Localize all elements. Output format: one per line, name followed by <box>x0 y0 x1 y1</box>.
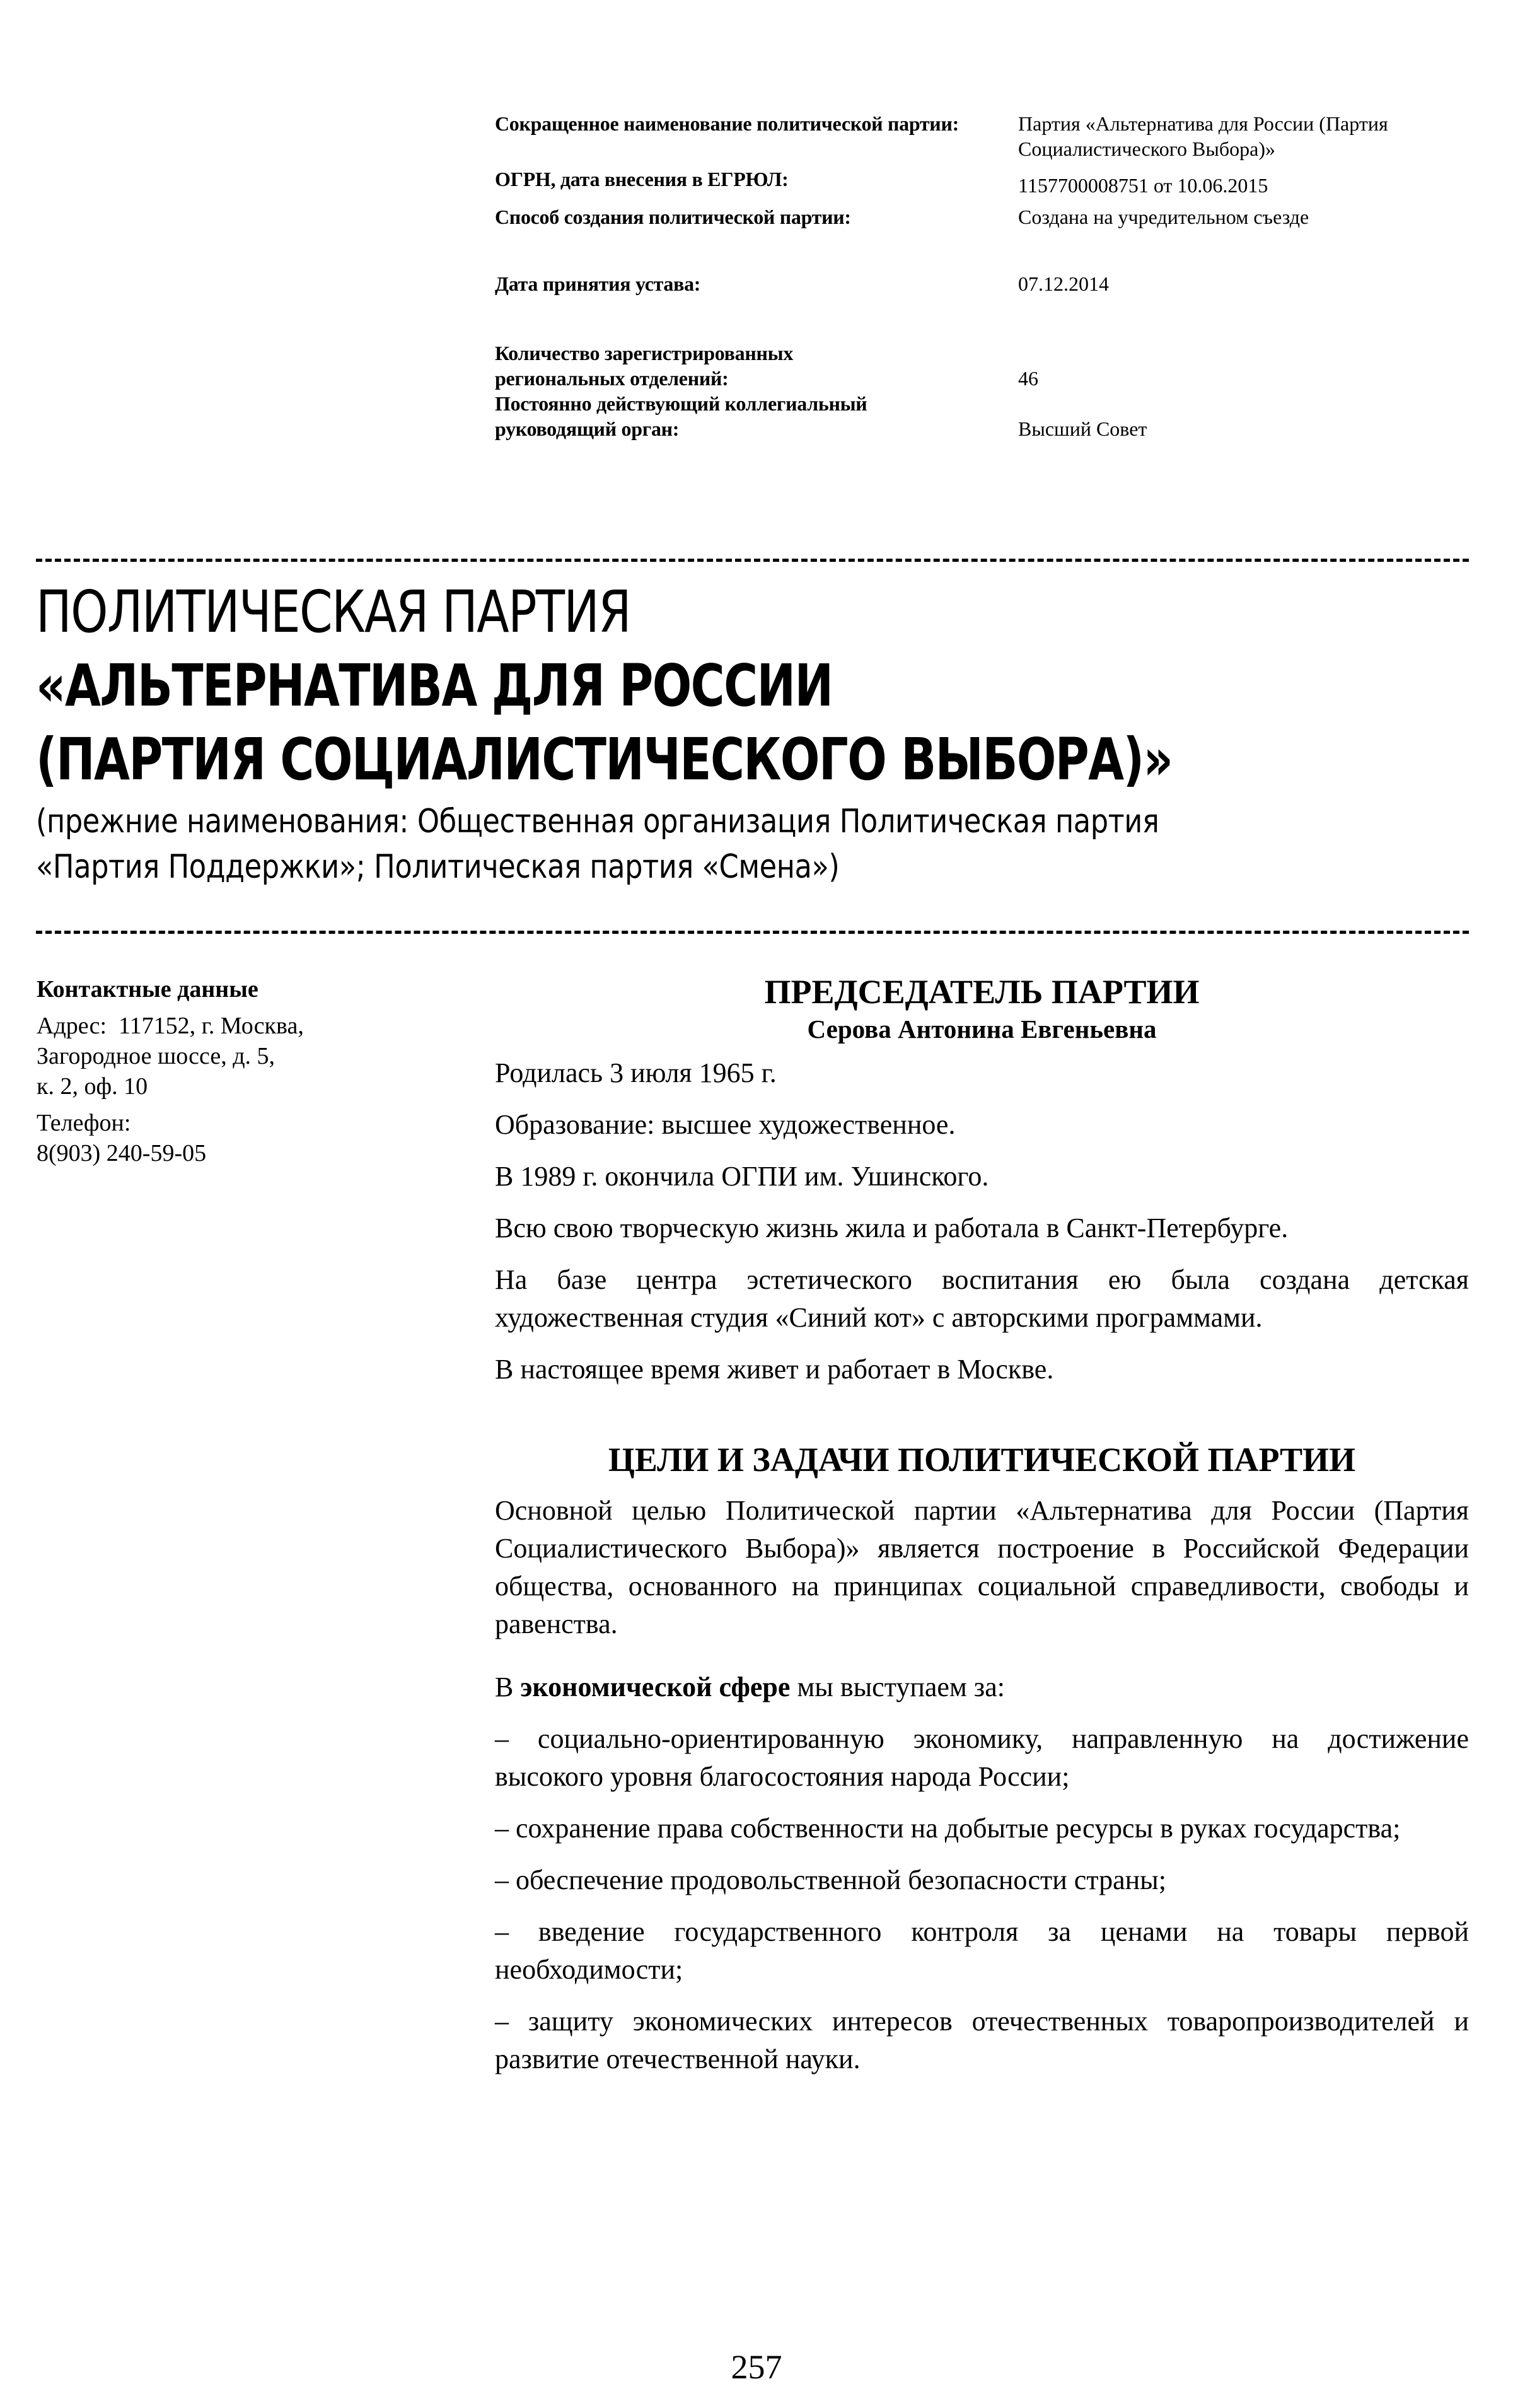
page-number: 257 <box>719 2347 794 2387</box>
phone-label: Телефон: <box>37 1108 440 1138</box>
goal-item: – защиту экономических интересов отечест… <box>495 2003 1469 2078</box>
info-row-short-name: Сокращенное наименование политической па… <box>495 111 1478 166</box>
info-row-charter-date: Дата принятия устава: 07.12.2014 <box>495 271 1478 318</box>
info-row-ogrn: ОГРН, дата внесения в ЕГРЮЛ: 11577000087… <box>495 166 1478 204</box>
title-line-1: ПОЛИТИЧЕСКАЯ ПАРТИЯ <box>36 575 1215 649</box>
info-label: Количество зарегистрированных региональн… <box>495 340 873 391</box>
info-value: Высший Совет <box>1018 416 1472 441</box>
goal-item: – социально-ориентированную экономику, н… <box>495 1720 1469 1796</box>
contacts-block: Контактные данные Адрес: 117152, г. Моск… <box>37 974 440 1175</box>
lead-bold: экономической сфере <box>520 1672 790 1702</box>
former-names-line-1: (прежние наименования: Общественная орга… <box>36 799 1272 844</box>
info-value: Создана на учредительном съезде <box>1018 204 1321 230</box>
dashed-separator-bottom <box>36 931 1469 934</box>
info-value: Партия «Альтернатива для России (Партия … <box>1018 111 1472 161</box>
info-row-regional-branches: Количество зарегистрированных региональн… <box>495 318 1478 391</box>
address-line: Адрес: 117152, г. Москва, <box>37 1011 440 1041</box>
bio-paragraph: Образование: высшее художественное. <box>495 1106 1469 1144</box>
goal-item: – введение государственного контроля за … <box>495 1913 1469 1989</box>
main-column: ПРЕДСЕДАТЕЛЬ ПАРТИИ Серова Антонина Евге… <box>495 971 1469 2092</box>
bio-paragraph: На базе центра эстетического воспитания … <box>495 1261 1469 1337</box>
title-line-3: (ПАРТИЯ СОЦИАЛИСТИЧЕСКОГО ВЫБОРА)» <box>36 723 1186 796</box>
phone-number: 8(903) 240-59-05 <box>37 1138 440 1168</box>
info-label: Постоянно действующий коллегиальный руко… <box>495 391 974 441</box>
contacts-heading: Контактные данные <box>37 974 440 1004</box>
party-info-table: Сокращенное наименование политической па… <box>495 111 1478 441</box>
party-title-block: ПОЛИТИЧЕСКАЯ ПАРТИЯ «АЛЬТЕРНАТИВА ДЛЯ РО… <box>36 575 1473 890</box>
economic-sphere-lead: В экономической сфере мы выступаем за: <box>495 1668 1469 1706</box>
goal-item: – сохранение права собственности на добы… <box>495 1810 1469 1847</box>
info-value: 1157700008751 от 10.06.2015 <box>1018 173 1472 198</box>
lead-suffix: мы выступаем за: <box>790 1672 1005 1702</box>
bio-paragraph: Всю свою творческую жизнь жила и работал… <box>495 1209 1469 1247</box>
bio-paragraph: В настоящее время живет и работает в Мос… <box>495 1351 1469 1388</box>
address-line: Загородное шоссе, д. 5, <box>37 1041 440 1071</box>
title-line-2: «АЛЬТЕРНАТИВА ДЛЯ РОССИИ <box>36 649 1186 723</box>
dashed-separator-top <box>36 559 1469 562</box>
goals-intro: Основной целью Политической партии «Альт… <box>495 1492 1469 1643</box>
info-value: 07.12.2014 <box>1018 271 1472 296</box>
info-label: Дата принятия устава: <box>495 271 1018 296</box>
goal-item: – обеспечение продовольственной безопасн… <box>495 1861 1469 1899</box>
former-names-line-2: «Партия Поддержки»; Политическая партия … <box>36 844 1272 890</box>
info-value: 46 <box>1018 366 1472 391</box>
chairman-heading: ПРЕДСЕДАТЕЛЬ ПАРТИИ <box>495 971 1469 1013</box>
contacts-phone: Телефон: 8(903) 240-59-05 <box>37 1108 440 1168</box>
bio-paragraph: Родилась 3 июля 1965 г. <box>495 1054 1469 1092</box>
info-label: ОГРН, дата внесения в ЕГРЮЛ: <box>495 166 1018 192</box>
chairman-name: Серова Антонина Евгеньевна <box>495 1013 1469 1045</box>
bio-paragraph: В 1989 г. окончила ОГПИ им. Ушинского. <box>495 1158 1469 1195</box>
address-line: к. 2, оф. 10 <box>37 1071 440 1102</box>
goals-heading: ЦЕЛИ И ЗАДАЧИ ПОЛИТИЧЕСКОЙ ПАРТИИ <box>495 1439 1469 1480</box>
info-row-creation-method: Способ создания политической партии: Соз… <box>495 204 1478 271</box>
info-label: Сокращенное наименование политической па… <box>495 111 1018 136</box>
contacts-address: Адрес: 117152, г. Москва, Загородное шос… <box>37 1011 440 1102</box>
info-label: Способ создания политической партии: <box>495 204 1018 230</box>
info-row-governing-body: Постоянно действующий коллегиальный руко… <box>495 391 1478 441</box>
lead-prefix: В <box>495 1672 520 1702</box>
